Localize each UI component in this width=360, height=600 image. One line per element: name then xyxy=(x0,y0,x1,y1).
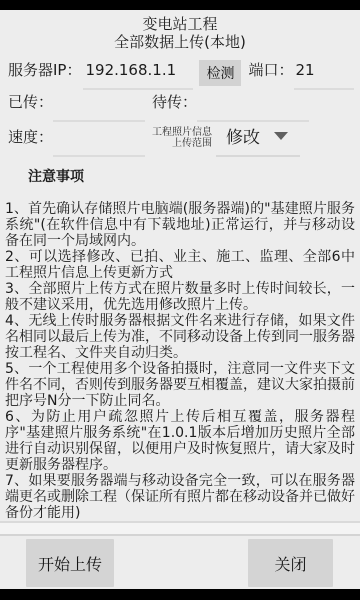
dialog-title: 全部数据上传(本地) xyxy=(0,33,360,51)
notes-list: 1、首先确认存储照片电脑端(服务器端)的"基建照片服务系统"(在软件信息中有下载… xyxy=(0,201,360,521)
uploaded-value-field xyxy=(53,94,145,122)
scope-spinner[interactable]: 修改 xyxy=(216,123,300,157)
transferred-row: 已传： 待传： xyxy=(8,94,352,122)
note-item: 6、为防止用户疏忽照片上传后相互覆盖，服务器程序"基建照片服务系统"在1.0.1… xyxy=(5,409,355,473)
dropdown-arrow-icon xyxy=(274,132,288,140)
note-item: 4、无线上传时服务器根据文件名来进行存储，如果文件名相同以最后上传为准，不同移动… xyxy=(5,313,355,361)
upload-form: 服务器IP： 检测 端口： 已传： 待传： 速度： 工程照片信息 上传范围 修改 xyxy=(0,51,360,157)
status-bar xyxy=(0,0,360,10)
scope-label: 工程照片信息 上传范围 xyxy=(148,127,212,157)
pending-value-field xyxy=(197,94,309,122)
pending-label: 待传： xyxy=(152,94,197,122)
action-bar: 开始上传 关闭 xyxy=(0,536,360,589)
port-input[interactable] xyxy=(294,62,354,90)
speed-label: 速度： xyxy=(8,129,53,157)
speed-value-field xyxy=(53,129,145,157)
check-button[interactable]: 检测 xyxy=(199,60,241,86)
note-item: 1、首先确认存储照片电脑端(服务器端)的"基建照片服务系统"(在软件信息中有下载… xyxy=(5,201,355,249)
note-item: 5、一个工程使用多个设备拍摄时，注意同一文件夹下文件名不同，否则传到服务器要互相… xyxy=(5,361,355,409)
scope-spinner-value: 修改 xyxy=(226,123,260,148)
server-ip-input[interactable] xyxy=(83,62,193,90)
upload-progress-bar xyxy=(0,521,360,536)
uploaded-label: 已传： xyxy=(8,94,53,122)
start-upload-button[interactable]: 开始上传 xyxy=(26,539,114,587)
note-item: 2、可以选择修改、已拍、业主、施工、监理、全部6中工程照片信息上传更新方式 xyxy=(5,249,355,281)
speed-row: 速度： 工程照片信息 上传范围 修改 xyxy=(8,123,352,157)
close-button[interactable]: 关闭 xyxy=(248,539,333,587)
notes-heading: 注意事项 xyxy=(28,166,360,186)
navigation-bar xyxy=(0,589,360,600)
port-label: 端口： xyxy=(248,62,293,90)
titlebar: 变电站工程 全部数据上传(本地) xyxy=(0,10,360,51)
note-item: 7、如果要服务器端与移动设备完全一致，可以在服务器端更名或删除工程（保证所有照片… xyxy=(5,473,355,521)
server-ip-label: 服务器IP： xyxy=(8,62,81,90)
server-row: 服务器IP： 检测 端口： xyxy=(8,60,352,90)
project-title: 变电站工程 xyxy=(0,15,360,33)
scope-label-line1: 工程照片信息 xyxy=(148,127,212,138)
note-item: 3、全部照片上传方式在照片数量多时上传时间较长，一般不建议采用，优先选用修改照片… xyxy=(5,281,355,313)
scope-label-line2: 上传范围 xyxy=(148,138,212,149)
